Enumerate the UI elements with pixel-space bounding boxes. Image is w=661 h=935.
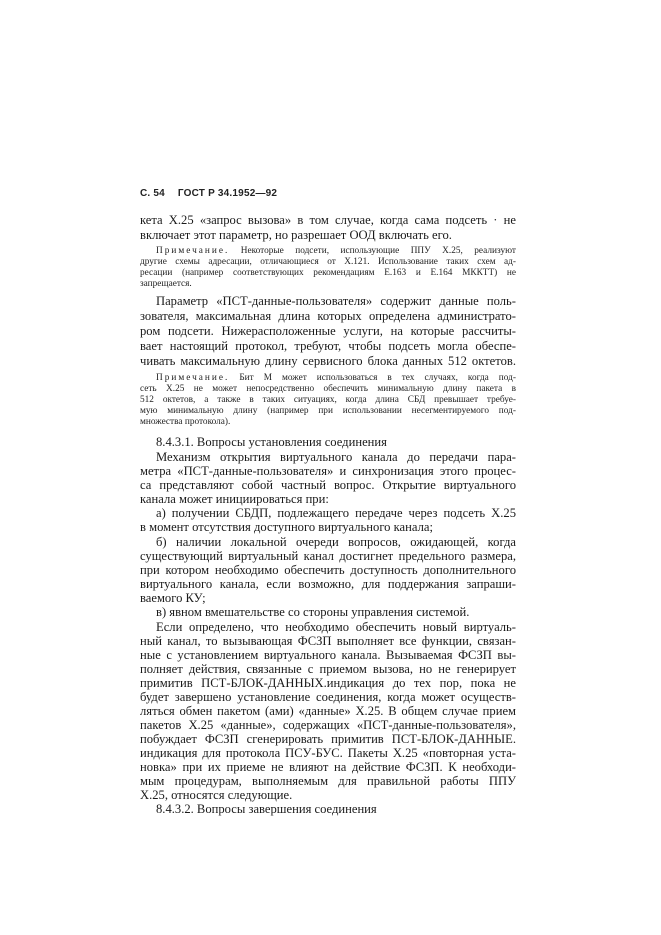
text-line: новка» при их приеме не влияют на действ… xyxy=(140,760,516,774)
text-line: ваемого КУ; xyxy=(140,591,516,605)
text-line: ный канал, то вызывающая ФСЗП выполняет … xyxy=(140,634,516,648)
text-line: зователя, максимальная длина которых опр… xyxy=(140,309,516,323)
note-label: Примечание. xyxy=(156,246,229,256)
page-header: С. 54 ГОСТ Р 34.1952—92 xyxy=(140,188,287,199)
text-line: ные с установлением виртуального канала.… xyxy=(140,648,516,662)
text-line: будет завершено установление соединения,… xyxy=(140,690,516,704)
section-heading: 8.4.3.2. Вопросы завершения соединения xyxy=(140,802,516,816)
text-line: Параметр «ПСТ-данные-пользователя» содер… xyxy=(140,294,516,308)
standard-id: ГОСТ Р 34.1952—92 xyxy=(178,188,277,199)
list-item-c: в) явном вмешательстве со стороны управл… xyxy=(140,605,516,619)
page-number: С. 54 xyxy=(140,188,165,199)
note-line: мую минимальную длину (например при испо… xyxy=(140,406,516,417)
note-label: Примечание. xyxy=(156,373,229,383)
text-line: пакетов X.25 «данные», содержащих «ПСТ-д… xyxy=(140,718,516,732)
text-line: ром подсети. Нижерасположенные услуги, н… xyxy=(140,324,516,338)
section-heading: 8.4.3.1. Вопросы установления соединения xyxy=(140,435,516,449)
text-line: в момент отсутствия доступного виртуальн… xyxy=(140,520,516,534)
note-line: запрещается. xyxy=(140,279,516,290)
note-line: сеть X.25 не может непосредственно обесп… xyxy=(140,384,516,395)
text-line: са представляют собой частный вопрос. От… xyxy=(140,478,516,492)
list-item-a: а) получении СБДП, подлежащего передаче … xyxy=(140,506,516,520)
text-line: Если определено, что необходимо обеспечи… xyxy=(140,620,516,634)
text-line: побуждает ФСЗП сгенерировать примитив ПС… xyxy=(140,732,516,746)
note-line: Примечание. Некоторые подсети, использую… xyxy=(140,246,516,257)
text-line: примитив ПСТ-БЛОК-ДАННЫХ.индикация до те… xyxy=(140,676,516,690)
list-item-b: б) наличии локальной очереди вопросов, о… xyxy=(140,535,516,549)
text-line: канала может инициироваться при: xyxy=(140,492,516,506)
text-line: полняет действия, связанные с приемом вы… xyxy=(140,662,516,676)
text-line: вает настоящий протокол, требуют, чтобы … xyxy=(140,339,516,353)
text-line: Механизм открытия виртуального канала до… xyxy=(140,450,516,464)
text-line: метра «ПСТ-данные-пользователя» и синхро… xyxy=(140,464,516,478)
note-line: другие схемы адресации, отличающиеся от … xyxy=(140,257,516,268)
text-line: мым процедурам, выполняемым для правильн… xyxy=(140,774,516,788)
text-line: индикация для протокола ПСУ-БУС. Пакеты … xyxy=(140,746,516,760)
note-line: ресации (например соответствующих рекоме… xyxy=(140,268,516,279)
text-line: при котором необходимо обеспечить доступ… xyxy=(140,563,516,577)
text-line: кета X.25 «запрос вызова» в том случае, … xyxy=(140,213,516,227)
note-line: множества протокола). xyxy=(140,417,516,428)
text-line: чивать максимальную длину сервисного бло… xyxy=(140,354,516,368)
text-line: виртуального канала, если возможно, для … xyxy=(140,577,516,591)
text-line: ляться обмен пакетом (ами) «данные» X.25… xyxy=(140,704,516,718)
text-line: X.25, относятся следующие. xyxy=(140,788,516,802)
note-line: 512 октетов, а также в таких ситуациях, … xyxy=(140,395,516,406)
note-line: Примечание. Бит М может использоваться в… xyxy=(140,373,516,384)
text-line: включает этот параметр, но разрешает ООД… xyxy=(140,228,516,242)
text-line: существующий виртуальный канал достигнет… xyxy=(140,549,516,563)
